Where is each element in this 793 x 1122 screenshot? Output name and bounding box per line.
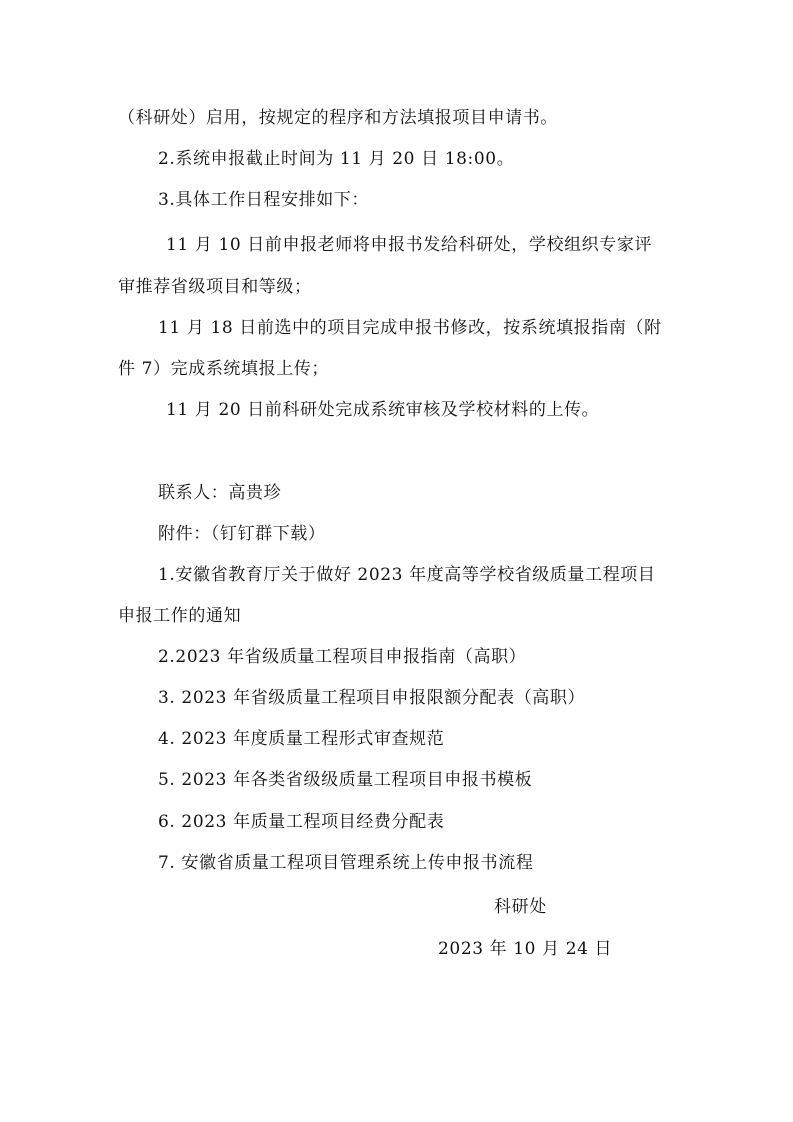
attachment-item-3: 3. 2023 年省级质量工程项目申报限额分配表（高职） — [158, 686, 585, 710]
attachment-item-2: 2.2023 年省级质量工程项目申报指南（高职） — [158, 645, 526, 669]
text-line-contact: 联系人：高贵珍 — [158, 481, 281, 505]
text-line-deadline: 2.系统申报截止时间为 11 月 20 日 18:00。 — [158, 147, 514, 171]
text-line-attachments-heading: 附件：（钉钉群下载） — [158, 522, 326, 546]
text-line-continuation-apply: （科研处）启用，按规定的程序和方法填报项目申请书。 — [118, 106, 558, 130]
signature-date: 2023 年 10 月 24 日 — [438, 937, 612, 961]
attachment-item-4: 4. 2023 年度质量工程形式审查规范 — [158, 727, 444, 751]
attachment-item-6: 6. 2023 年质量工程项目经费分配表 — [158, 810, 444, 834]
text-line-schedule-nov10: 11 月 10 日前申报老师将申报书发给科研处，学校组织专家评 — [166, 233, 652, 257]
signature-department: 科研处 — [494, 895, 547, 919]
text-line-schedule-nov20: 11 月 20 日前科研处完成系统审核及学校材料的上传。 — [166, 398, 599, 422]
attachment-item-1: 1.安徽省教育厅关于做好 2023 年度高等学校省级质量工程项目 — [158, 563, 656, 587]
attachment-item-1-cont: 申报工作的通知 — [118, 604, 241, 628]
attachment-item-5: 5. 2023 年各类省级级质量工程项目申报书模板 — [158, 768, 532, 792]
text-line-schedule-heading: 3.具体工作日程安排如下： — [158, 188, 369, 212]
attachment-item-7: 7. 安徽省质量工程项目管理系统上传申报书流程 — [158, 851, 533, 875]
text-line-schedule-nov18: 11 月 18 日前选中的项目完成申报书修改，按系统填报指南（附 — [158, 316, 662, 340]
text-line-schedule-nov10-cont: 审推荐省级项目和等级； — [118, 275, 312, 299]
text-line-schedule-nov18-cont: 件 7）完成系统填报上传； — [118, 357, 329, 381]
